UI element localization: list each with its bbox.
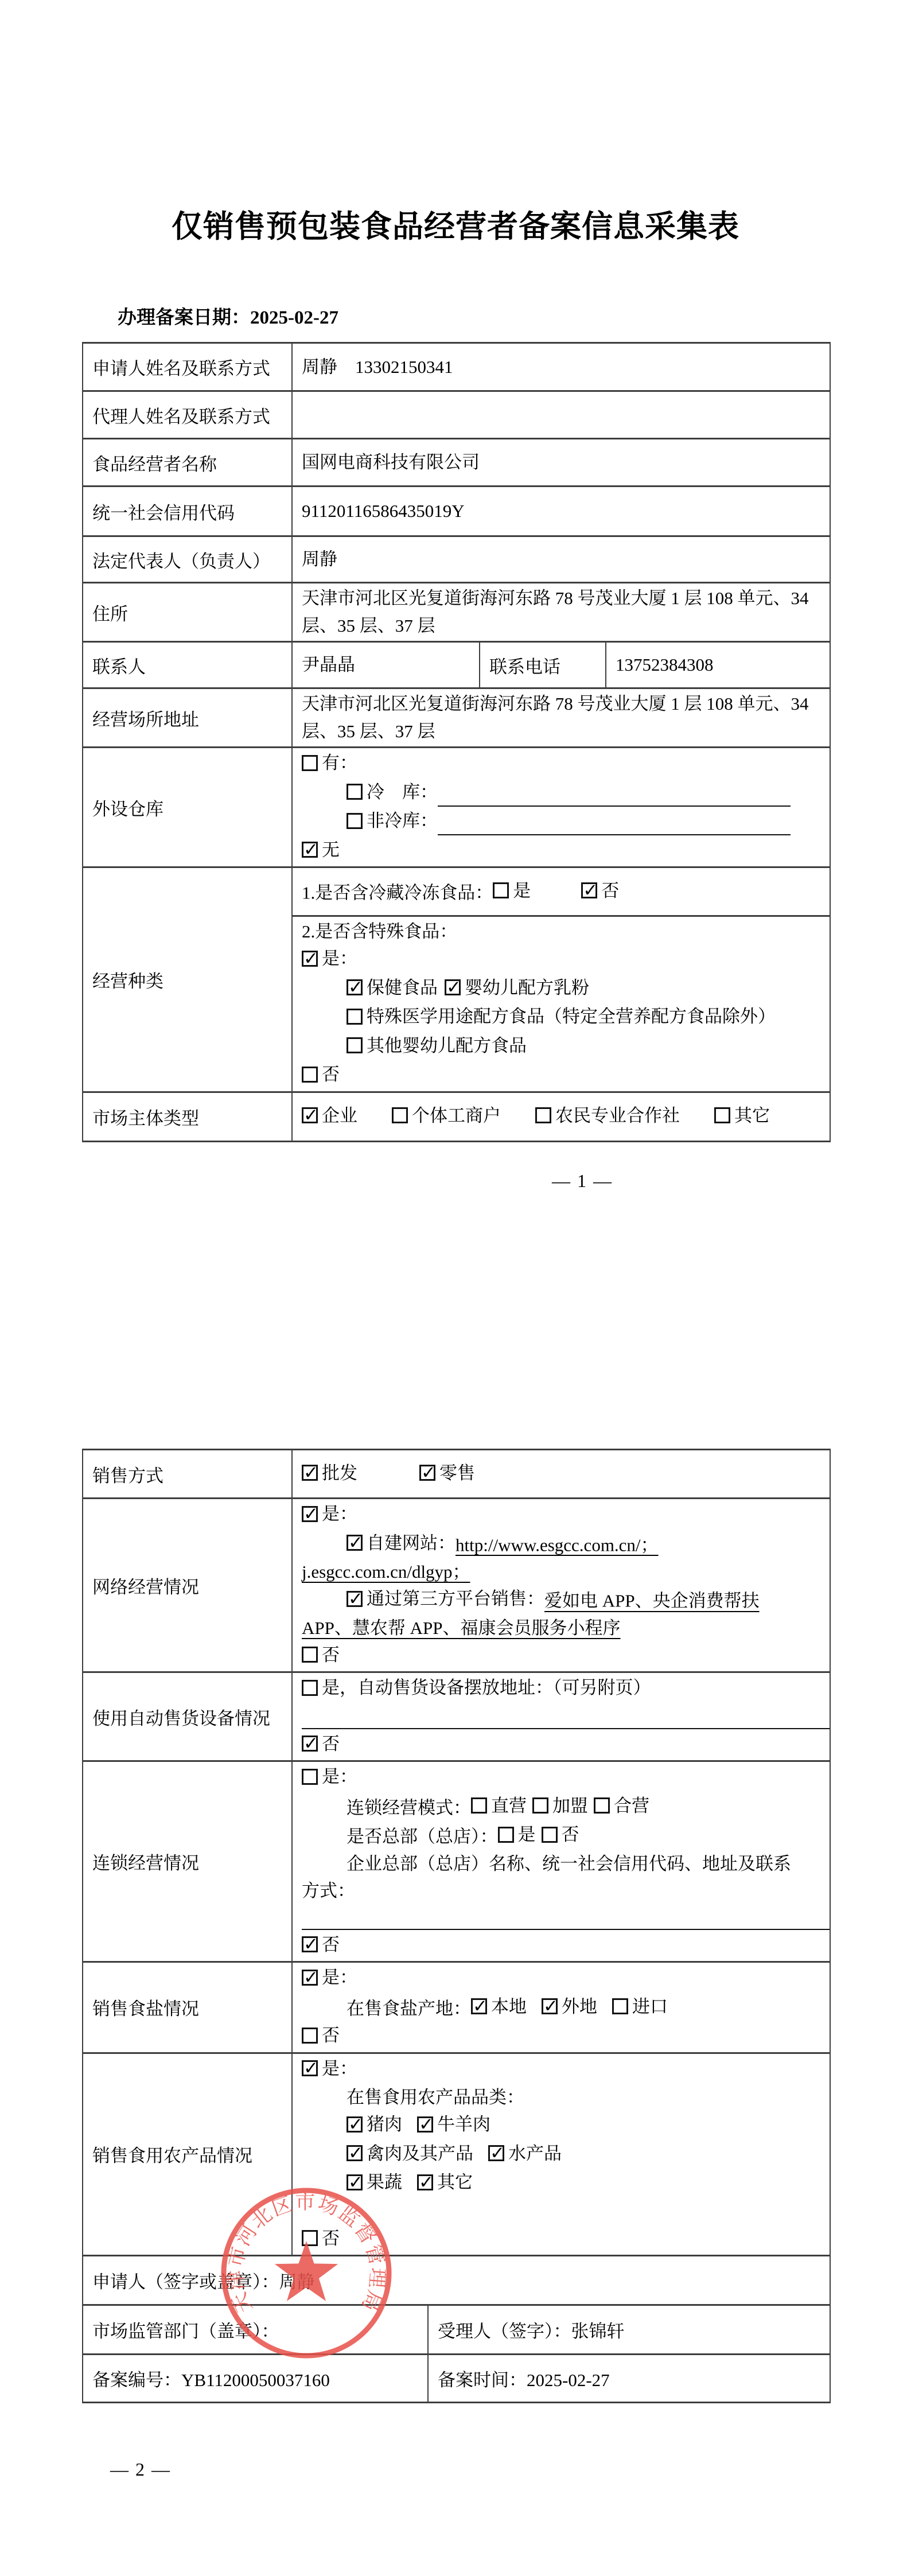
spacer (438, 995, 445, 995)
document-title: 仅销售预包装食品经营者备案信息采集表 (0, 202, 911, 246)
spacer (402, 2132, 417, 2133)
sales-info-table: 销售方式 批发零售 网络经营情况 是：自建网站：http://www.esgcc… (82, 1449, 831, 2403)
form-line: 1.是否含冷藏冷冻食品：是否 (302, 877, 820, 906)
legal-rep-value: 周静 (292, 536, 830, 583)
agent-value (292, 391, 830, 439)
agri-products-options: 是：在售食用农产品品类：猪肉牛羊肉禽肉及其产品水产品果蔬其它否 (292, 2053, 830, 2256)
static-text: 1.是否含冷藏冷冻食品： (302, 882, 493, 902)
checkbox-label: 否 (322, 2022, 340, 2049)
spacer (527, 1813, 532, 1814)
checkbox-checked[interactable] (302, 1506, 318, 1522)
row-contact: 联系人 尹晶晶 联系电话 13752384308 (83, 642, 830, 688)
online-business-options: 是：自建网站：http://www.esgcc.com.cn/；j.esgcc.… (292, 1499, 830, 1672)
row-label: 经营场所地址 (83, 688, 292, 748)
warehouse-options: 有：冷 库：非冷库：无 (292, 748, 830, 867)
form-line: 是： (302, 1500, 820, 1530)
form-line: 企业个体工商户农民专业合作社其它 (302, 1102, 820, 1131)
checkbox-item: 否 (302, 1061, 340, 1088)
form-line: 方式： (302, 1877, 820, 1904)
contact-phone-value: 13752384308 (606, 642, 830, 688)
checkbox-checked[interactable] (542, 1998, 558, 2014)
form-line: 禽肉及其产品水产品 (347, 2140, 820, 2169)
row-label: 联系人 (83, 642, 292, 688)
form-line: 是否总部（总店）：是否 (347, 1821, 820, 1850)
form-line: 企业总部（总店）名称、统一社会信用代码、地址及联系 (347, 1850, 820, 1877)
checkbox-item: 否 (302, 1730, 340, 1757)
page-2-marker: — 2 — (110, 2459, 171, 2480)
row-label: 代理人姓名及联系方式 (83, 391, 292, 439)
form-line: 2.是否含特殊食品： (302, 918, 820, 945)
checkbox-unchecked[interactable] (714, 1107, 730, 1123)
checkbox-item: 外地 (542, 1993, 597, 2020)
operator-name-value: 国网电商科技有限公司 (292, 439, 830, 487)
checkbox-label: 是，自动售货设备摆放地址：（可另附页） (322, 1674, 651, 1701)
checkbox-item: 果蔬 (347, 2169, 402, 2196)
checkbox-unchecked[interactable] (347, 1009, 363, 1025)
form-line: 批发零售 (302, 1460, 820, 1489)
checkbox-checked[interactable] (347, 979, 363, 995)
form-line: 是： (302, 1964, 820, 1993)
form-line: 非冷库： (347, 807, 820, 836)
checkbox-label: 果蔬 (367, 2169, 402, 2196)
checkbox-item: 是 (498, 1821, 536, 1848)
static-text: 连锁经营模式： (347, 1797, 471, 1818)
checkbox-label: 企业 (322, 1102, 357, 1129)
checkbox-item: 合营 (594, 1792, 649, 1819)
checkbox-checked[interactable] (419, 1465, 435, 1481)
form-line: 否 (302, 2022, 820, 2051)
checkbox-item: 其它 (417, 2169, 473, 2196)
checkbox-item: 批发 (302, 1460, 357, 1487)
row-operator-name: 食品经营者名称 国网电商科技有限公司 (83, 439, 830, 487)
checkbox-item: 通过第三方平台销售： (347, 1585, 544, 1612)
spacer (501, 1123, 535, 1123)
checkbox-item: 保健食品 (347, 974, 438, 1001)
checkbox-checked[interactable] (347, 1591, 363, 1607)
checkbox-label: 猪肉 (367, 2111, 402, 2138)
checkbox-label: 婴幼儿配方乳粉 (465, 974, 589, 1001)
checkbox-label: 是： (322, 2055, 357, 2082)
checkbox-checked[interactable] (302, 1970, 318, 1986)
row-label: 统一社会信用代码 (83, 487, 292, 536)
checkbox-unchecked[interactable] (612, 1998, 628, 2014)
checkbox-label: 水产品 (508, 2140, 562, 2167)
underlined-value: 爱如电 APP、央企消费帮扶 (544, 1591, 760, 1611)
authority-seal-label: 市场监管部门（盖章）： (83, 2305, 428, 2355)
row-premises: 经营场所地址 天津市河北区光复道街海河东路 78 号茂业大厦 1 层 108 单… (83, 688, 830, 748)
static-text: 在售食盐产地： (347, 1998, 471, 2018)
form-line: 无 (302, 836, 820, 866)
checkbox-label: 农民专业合作社 (555, 1102, 680, 1129)
checkbox-checked[interactable] (417, 2116, 433, 2133)
static-text: 在售食用农产品品类： (347, 2087, 524, 2107)
checkbox-item: 牛羊肉 (417, 2111, 490, 2138)
static-text: 2.是否含特殊食品： (302, 921, 457, 941)
checkbox-item: 企业 (302, 1102, 357, 1129)
row-label: 连锁经营情况 (83, 1761, 292, 1962)
chain-business-options: 是：连锁经营模式：直营加盟合营是否总部（总店）：是否企业总部（总店）名称、统一社… (292, 1761, 830, 1962)
document-page: 仅销售预包装食品经营者备案信息采集表 办理备案日期：2025-02-27 申请人… (0, 0, 911, 2576)
checkbox-item: 否 (302, 2022, 340, 2049)
checkbox-label: 是： (322, 1500, 357, 1527)
page-1-marker: — 1 — (552, 1170, 613, 1192)
checkbox-unchecked[interactable] (302, 2230, 318, 2246)
checkbox-unchecked[interactable] (594, 1797, 610, 1814)
form-line: j.esgcc.com.cn/dlgyp； (302, 1558, 820, 1585)
checkbox-item: 是： (302, 1500, 357, 1527)
checkbox-label: 个体工商户 (412, 1102, 501, 1129)
row-label: 使用自动售货设备情况 (83, 1672, 292, 1761)
checkbox-label: 否 (322, 1061, 340, 1088)
row-label: 经营种类 (83, 867, 292, 1092)
checkbox-item: 冷 库： (347, 779, 438, 806)
checkbox-checked[interactable] (445, 979, 461, 995)
fill-in-blank[interactable] (302, 1908, 830, 1930)
checkbox-label: 是： (322, 945, 357, 972)
row-business-kinds-1: 经营种类 1.是否含冷藏冷冻食品：是否 (83, 867, 830, 916)
filing-date-line: 办理备案日期：2025-02-27 (118, 302, 338, 329)
checkbox-label: 合营 (614, 1792, 649, 1819)
underlined-value: j.esgcc.com.cn/dlgyp； (302, 1562, 470, 1582)
checkbox-label: 否 (322, 1931, 340, 1958)
form-line: 在售食用农产品品类： (347, 2084, 820, 2111)
row-residence: 住所 天津市河北区光复道街海河东路 78 号茂业大厦 1 层 108 单元、34… (83, 583, 830, 642)
checkbox-item: 特殊医学用途配方食品（特定全营养配方食品除外） (347, 1003, 776, 1030)
static-text: 企业总部（总店）名称、统一社会信用代码、地址及联系 (347, 1854, 791, 1874)
checkbox-item: 有： (302, 749, 357, 776)
checkbox-item: 是： (302, 945, 357, 972)
checkbox-item: 婴幼儿配方乳粉 (445, 974, 589, 1001)
checkbox-label: 零售 (439, 1460, 475, 1487)
checkbox-checked[interactable] (302, 1736, 318, 1752)
checkbox-label: 否 (562, 1821, 579, 1848)
form-line: 否 (302, 2225, 820, 2254)
row-label: 法定代表人（负责人） (83, 536, 292, 583)
checkbox-item: 否 (581, 877, 619, 904)
vending-options: 是，自动售货设备摆放地址：（可另附页）否 (292, 1672, 830, 1761)
checkbox-checked[interactable] (302, 1936, 318, 1952)
checkbox-label: 否 (322, 1641, 340, 1668)
form-line: 否 (302, 1641, 820, 1671)
checkbox-item: 其它 (714, 1102, 770, 1129)
row-label: 食品经营者名称 (83, 439, 292, 487)
checkbox-label: 是： (322, 1964, 357, 1991)
checkbox-item: 是： (302, 1964, 357, 1991)
checkbox-item: 进口 (612, 1993, 668, 2020)
form-line: 否 (302, 1730, 820, 1760)
checkbox-item: 否 (302, 2225, 340, 2252)
checkbox-unchecked[interactable] (347, 813, 363, 829)
spacer (473, 2161, 488, 2161)
row-chain-business: 连锁经营情况 是：连锁经营模式：直营加盟合营是否总部（总店）：是否企业总部（总店… (83, 1761, 830, 1962)
checkbox-item: 加盟 (532, 1792, 588, 1819)
form-line: APP、慧农帮 APP、福康会员服务小程序 (302, 1614, 820, 1641)
checkbox-unchecked[interactable] (542, 1827, 558, 1843)
checkbox-label: 外地 (562, 1993, 597, 2020)
checkbox-unchecked[interactable] (347, 1037, 363, 1053)
form-line: 否 (302, 1931, 820, 1960)
spacer (357, 1123, 392, 1123)
checkbox-label: 加盟 (552, 1792, 588, 1819)
spacer (597, 2014, 612, 2014)
checkbox-item: 是，自动售货设备摆放地址：（可另附页） (302, 1674, 651, 1701)
checkbox-unchecked[interactable] (392, 1107, 408, 1123)
checkbox-label: 本地 (491, 1993, 527, 2020)
checkbox-label: 牛羊肉 (437, 2111, 490, 2138)
checkbox-item: 其他婴幼儿配方食品 (347, 1032, 527, 1059)
checkbox-label: 冷 库： (367, 779, 438, 806)
form-line: 其他婴幼儿配方食品 (347, 1032, 820, 1061)
spacer (531, 898, 581, 898)
row-label: 外设仓库 (83, 748, 292, 867)
checkbox-label: 其它 (437, 2169, 473, 2196)
fill-in-blank[interactable] (302, 1707, 830, 1729)
row-vending: 使用自动售货设备情况 是，自动售货设备摆放地址：（可另附页）否 (83, 1672, 830, 1761)
special-food-options: 2.是否含特殊食品：是：保健食品婴幼儿配方乳粉特殊医学用途配方食品（特定全营养配… (292, 916, 830, 1092)
checkbox-checked[interactable] (302, 2060, 318, 2076)
row-legal-rep: 法定代表人（负责人） 周静 (83, 536, 830, 583)
checkbox-label: 批发 (322, 1460, 357, 1487)
checkbox-label: 特殊医学用途配方食品（特定全营养配方食品除外） (367, 1003, 776, 1030)
checkbox-label: 否 (322, 1730, 340, 1757)
checkbox-label: 自建网站： (367, 1530, 455, 1557)
checkbox-label: 无 (322, 836, 340, 863)
applicant-value: 周静 13302150341 (292, 343, 830, 391)
checkbox-item: 猪肉 (347, 2111, 402, 2138)
checkbox-label: 否 (601, 877, 619, 904)
checkbox-label: 非冷库： (367, 807, 438, 834)
checkbox-item: 水产品 (488, 2140, 562, 2167)
row-warehouse: 外设仓库 有：冷 库：非冷库：无 (83, 748, 830, 867)
checkbox-checked[interactable] (347, 1535, 363, 1551)
checkbox-item: 是： (302, 2055, 357, 2082)
entity-type-options: 企业个体工商户农民专业合作社其它 (292, 1092, 830, 1141)
checkbox-checked[interactable] (347, 2145, 363, 2161)
checkbox-item: 禽肉及其产品 (347, 2140, 473, 2167)
checkbox-checked[interactable] (302, 951, 318, 967)
form-line (302, 1904, 820, 1931)
checkbox-checked[interactable] (302, 1465, 318, 1481)
row-label: 销售食用农产品情况 (83, 2053, 292, 2256)
row-applicant-signature: 申请人（签字或盖章）：周静 (83, 2256, 830, 2305)
checkbox-checked[interactable] (581, 882, 597, 898)
form-line: 是： (302, 945, 820, 974)
form-line: 是，自动售货设备摆放地址：（可另附页） (302, 1674, 820, 1703)
checkbox-label: 通过第三方平台销售： (367, 1585, 544, 1612)
checkbox-checked[interactable] (417, 2174, 433, 2190)
checkbox-item: 自建网站： (347, 1530, 455, 1557)
static-text: 方式： (302, 1881, 355, 1901)
checkbox-checked[interactable] (471, 1998, 487, 2014)
form-line: 否 (302, 1061, 820, 1090)
fill-in-blank[interactable] (438, 814, 791, 835)
checkbox-item: 农民专业合作社 (535, 1102, 680, 1129)
row-online-business: 网络经营情况 是：自建网站：http://www.esgcc.com.cn/；j… (83, 1499, 830, 1672)
row-entity-type: 市场主体类型 企业个体工商户农民专业合作社其它 (83, 1092, 830, 1141)
checkbox-label: 是： (322, 1763, 357, 1790)
row-agent: 代理人姓名及联系方式 (83, 391, 830, 439)
row-label: 住所 (83, 583, 292, 642)
basic-info-table: 申请人姓名及联系方式 周静 13302150341 代理人姓名及联系方式 食品经… (82, 342, 831, 1142)
spacer (588, 1813, 594, 1814)
row-label: 销售方式 (83, 1450, 292, 1499)
form-line: 自建网站：http://www.esgcc.com.cn/； (347, 1530, 820, 1559)
spacer (527, 2014, 542, 2014)
form-line (302, 1703, 820, 1730)
form-line: 通过第三方平台销售：爱如电 APP、央企消费帮扶 (347, 1585, 820, 1614)
form-line: 在售食盐产地：本地外地进口 (347, 1993, 820, 2022)
checkbox-item: 本地 (471, 1993, 527, 2020)
row-uscc: 统一社会信用代码 91120116586435019Y (83, 487, 830, 536)
record-date: 备案时间：2025-02-27 (428, 2355, 830, 2403)
checkbox-unchecked[interactable] (532, 1797, 548, 1814)
form-line: 保健食品婴幼儿配方乳粉 (347, 974, 820, 1003)
form-line: 连锁经营模式：直营加盟合营 (347, 1792, 820, 1822)
checkbox-item: 否 (302, 1931, 340, 1958)
spacer (536, 1842, 542, 1843)
checkbox-label: 有： (322, 749, 357, 776)
checkbox-item: 否 (542, 1821, 579, 1848)
checkbox-unchecked[interactable] (471, 1797, 487, 1814)
checkbox-checked[interactable] (347, 2116, 363, 2133)
form-line: 有： (302, 749, 820, 779)
sales-mode-options: 批发零售 (292, 1450, 830, 1499)
checkbox-checked[interactable] (347, 2174, 363, 2190)
checkbox-label: 是 (513, 877, 531, 904)
checkbox-unchecked[interactable] (302, 755, 318, 771)
checkbox-item: 零售 (419, 1460, 475, 1487)
row-salt-sales: 销售食盐情况 是：在售食盐产地：本地外地进口否 (83, 1962, 830, 2053)
checkbox-unchecked[interactable] (535, 1107, 551, 1123)
checkbox-label: 是 (518, 1821, 536, 1848)
form-line: 是： (302, 2055, 820, 2084)
checkbox-label: 否 (322, 2225, 340, 2252)
spacer (357, 1480, 419, 1481)
underlined-value: APP、慧农帮 APP、福康会员服务小程序 (302, 1618, 621, 1638)
checkbox-unchecked[interactable] (302, 1067, 318, 1083)
premises-value: 天津市河北区光复道街海河东路 78 号茂业大厦 1 层 108 单元、34 层、… (292, 688, 830, 748)
checkbox-unchecked[interactable] (347, 784, 363, 800)
row-label: 市场主体类型 (83, 1092, 292, 1141)
form-line: 猪肉牛羊肉 (347, 2111, 820, 2140)
row-label: 销售食盐情况 (83, 1962, 292, 2053)
form-line: 是： (302, 1763, 820, 1792)
checkbox-checked[interactable] (302, 1107, 318, 1123)
contact-phone-label: 联系电话 (480, 642, 606, 688)
fill-in-blank[interactable] (438, 785, 791, 807)
spacer (680, 1123, 714, 1123)
applicant-signature: 申请人（签字或盖章）：周静 (83, 2256, 830, 2305)
row-label: 网络经营情况 (83, 1499, 292, 1672)
uscc-value: 91120116586435019Y (292, 487, 830, 536)
checkbox-unchecked[interactable] (498, 1827, 514, 1843)
row-label: 申请人姓名及联系方式 (83, 343, 292, 391)
row-authority: 市场监管部门（盖章）： 受理人（签字）：张锦轩 (83, 2305, 830, 2355)
checkbox-label: 其它 (734, 1102, 770, 1129)
checkbox-label: 进口 (632, 1993, 668, 2020)
checkbox-item: 否 (302, 1641, 340, 1668)
checkbox-item: 无 (302, 836, 340, 863)
contact-name-value: 尹晶晶 (292, 642, 480, 688)
checkbox-unchecked[interactable] (302, 2028, 318, 2044)
checkbox-item: 直营 (471, 1792, 527, 1819)
checkbox-unchecked[interactable] (302, 1769, 318, 1785)
checkbox-label: 其他婴幼儿配方食品 (367, 1032, 527, 1059)
row-record-number: 备案编号：YB11200050037160 备案时间：2025-02-27 (83, 2355, 830, 2403)
checkbox-unchecked[interactable] (493, 882, 509, 898)
checkbox-unchecked[interactable] (302, 1680, 318, 1696)
checkbox-label: 直营 (491, 1792, 527, 1819)
checkbox-item: 是 (493, 877, 531, 904)
spacer (402, 2190, 417, 2190)
checkbox-label: 禽肉及其产品 (367, 2140, 473, 2167)
record-number: 备案编号：YB11200050037160 (83, 2355, 428, 2403)
form-line: 特殊医学用途配方食品（特定全营养配方食品除外） (347, 1003, 820, 1032)
cold-food-options: 1.是否含冷藏冷冻食品：是否 (292, 867, 830, 916)
checkbox-item: 个体工商户 (392, 1102, 501, 1129)
form-line: 果蔬其它 (347, 2169, 820, 2198)
static-text: 是否总部（总店）： (347, 1827, 498, 1847)
form-line: 冷 库： (347, 779, 820, 808)
row-sales-mode: 销售方式 批发零售 (83, 1450, 830, 1499)
acceptor-signature: 受理人（签字）：张锦轩 (428, 2305, 830, 2355)
checkbox-unchecked[interactable] (302, 1647, 318, 1663)
checkbox-checked[interactable] (488, 2145, 504, 2161)
form-line (302, 2198, 820, 2225)
salt-sales-options: 是：在售食盐产地：本地外地进口否 (292, 1962, 830, 2053)
checkbox-item: 非冷库： (347, 807, 438, 834)
row-applicant: 申请人姓名及联系方式 周静 13302150341 (83, 343, 830, 391)
checkbox-item: 是： (302, 1763, 357, 1790)
residence-value: 天津市河北区光复道街海河东路 78 号茂业大厦 1 层 108 单元、34 层、… (292, 583, 830, 642)
underlined-value: http://www.esgcc.com.cn/； (455, 1535, 659, 1555)
checkbox-checked[interactable] (302, 842, 318, 858)
checkbox-label: 保健食品 (367, 974, 438, 1001)
row-agri-products: 销售食用农产品情况 是：在售食用农产品品类：猪肉牛羊肉禽肉及其产品水产品果蔬其它… (83, 2053, 830, 2256)
